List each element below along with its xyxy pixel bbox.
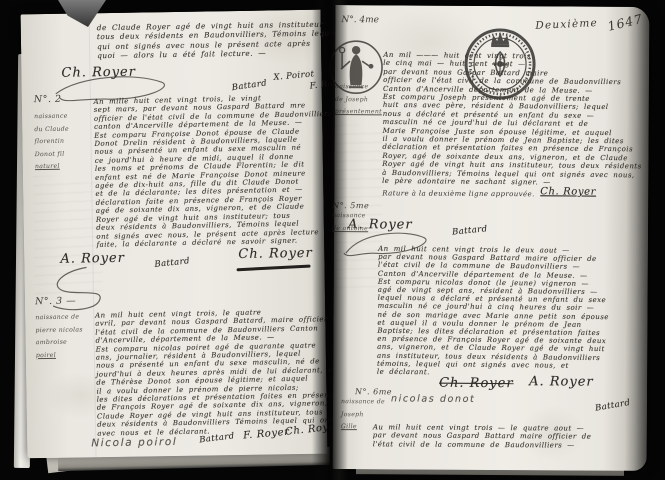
signature-nicolas-donot: nicolas donot (391, 393, 475, 405)
act-5-text: An mil huit cent vingt trois le deux aou… (377, 245, 640, 379)
folio-number: 1647 (606, 11, 644, 34)
right-page: N°. 4me Deuxième 1647 naissancede Joseph… (333, 5, 650, 471)
signature-ch-royer-top: Ch. Royer (61, 65, 136, 81)
act-6-text: Au mil huit cent vingt trois — le quatre… (373, 423, 633, 450)
margin-note-act3-text: naissance depierre nicolasambroisepoirel (35, 311, 83, 362)
signature-ch-royer-correction: Ch. Royer (540, 186, 596, 197)
act-4-text: An mil ——— huit cent vingt troisle cinq … (382, 51, 639, 188)
margin-note-act4: naissancede Josephprésentement (335, 81, 382, 119)
margin-note-act2: N°. 2 naissancedu ClaudeflorentinDonot f… (34, 94, 70, 174)
signature-battard-act2: Battard (154, 256, 190, 270)
recto-label: Deuxième (535, 17, 598, 32)
act-2-text: An mille huit cent vingt trois, le vingt… (93, 93, 322, 249)
signature-a-royer-act2: A. Royer (60, 251, 125, 267)
act-1-continuation-text: de Claude Royer agé de vingt huit ans in… (97, 20, 320, 61)
signature-nicola-poirol: Nicola poirol (91, 436, 177, 449)
margin-note-act4-text: naissancede Josephprésentement (335, 81, 382, 119)
signature-battard-act4: Battard (452, 224, 488, 237)
margin-note-act5: N°. 5me naissancede antoine (332, 201, 369, 235)
register-photo: de Claude Royer agé de vingt huit ans in… (0, 0, 665, 480)
act-6-number: N°. 6me (355, 387, 392, 396)
act-3-text: An mil huit cent vingt trois, le quatrea… (95, 307, 325, 437)
left-page: de Claude Royer agé de vingt huit ans in… (21, 10, 328, 459)
signature-ch-royer-act5: Ch. Royer (439, 376, 514, 391)
signature-battard-top: Battard (231, 78, 268, 93)
signature-ch-royer-act2: Ch. Royer (238, 246, 313, 262)
margin-note-act5-text: naissancede antoine (332, 210, 369, 235)
act-2-number: N°. 2 (34, 94, 69, 106)
margin-note-act2-text: naissancedu ClaudeflorentinDonot filnatu… (34, 111, 70, 174)
act-4-number-top: N°. 4me (341, 15, 379, 25)
act-5-number: N°. 5me (332, 201, 369, 210)
signature-a-royer-act5: A. Royer (529, 374, 594, 389)
signature-battard-act5: Battard (594, 398, 631, 414)
act-3-number: N°. 3 — (35, 295, 83, 307)
signature-underline (237, 265, 311, 271)
act-4-correction-note: Rature à la deuxième ligne approuvée. (382, 189, 534, 198)
margin-note-act3: N°. 3 — naissance depierre nicolasambroi… (35, 295, 83, 362)
